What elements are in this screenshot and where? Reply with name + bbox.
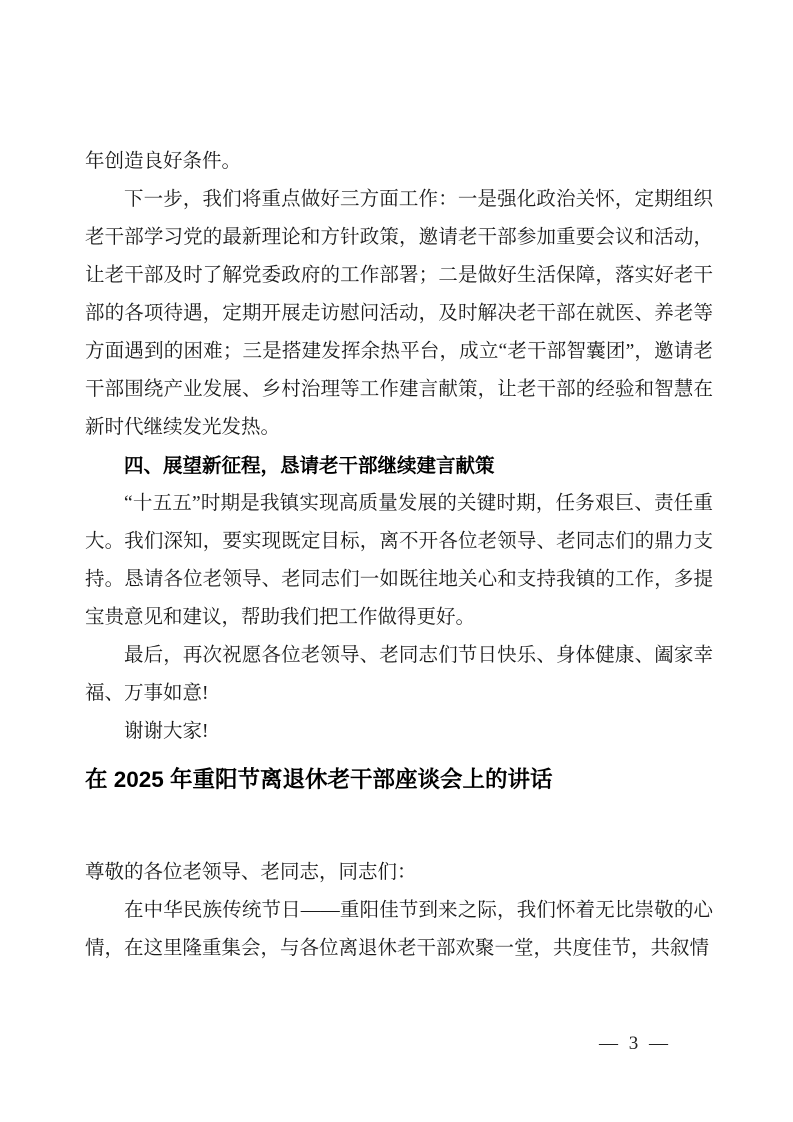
paragraph-continuation: 年创造良好条件。 bbox=[85, 143, 713, 181]
paragraph-opening: 在中华民族传统节日——重阳佳节到来之际，我们怀着无比崇敬的心情，在这里隆重集会，… bbox=[85, 892, 713, 968]
paragraph-15th-plan: “十五五”时期是我镇实现高质量发展的关键时期，任务艰巨、责任重大。我们深知，要实… bbox=[85, 485, 713, 637]
document-body: 年创造良好条件。 下一步，我们将重点做好三方面工作：一是强化政治关怀，定期组织老… bbox=[85, 143, 713, 968]
paragraph-next-steps: 下一步，我们将重点做好三方面工作：一是强化政治关怀，定期组织老干部学习党的最新理… bbox=[85, 181, 713, 447]
section-heading-four: 四、展望新征程，恳请老干部继续建言献策 bbox=[85, 447, 713, 485]
document-page: 年创造良好条件。 下一步，我们将重点做好三方面工作：一是强化政治关怀，定期组织老… bbox=[0, 0, 793, 1122]
paragraph-thanks: 谢谢大家! bbox=[85, 713, 713, 751]
paragraph-wishes: 最后，再次祝愿各位老领导、老同志们节日快乐、身体健康、阖家幸福、万事如意! bbox=[85, 637, 713, 713]
speech-title: 在 2025 年重阳节离退休老干部座谈会上的讲话 bbox=[85, 758, 713, 802]
salutation: 尊敬的各位老领导、老同志，同志们： bbox=[85, 854, 713, 892]
page-footer: — 3 — bbox=[560, 1030, 710, 1058]
page-number: — 3 — bbox=[599, 1033, 671, 1054]
